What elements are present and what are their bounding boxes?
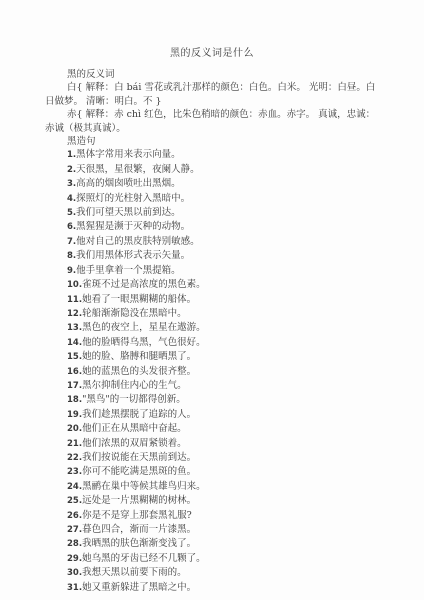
sentence-text: 黑色的夜空上，星星在遨游。 <box>82 322 206 333</box>
page-title: 黑的反义词是什么 <box>45 44 379 59</box>
sentence-item: 7.他对自己的黑皮肤特别敏感。 <box>45 235 379 249</box>
sentence-item: 28.我晒黑的肤色渐渐变浅了。 <box>45 537 379 551</box>
sentence-number: 1. <box>67 150 76 160</box>
sentence-text: 她又重新躲进了黑暗之中。 <box>82 582 196 593</box>
sentence-item: 22.我们按说能在天黑前到达。 <box>45 451 379 465</box>
sentence-text: 我想天黑以前要下雨的。 <box>82 567 187 578</box>
sentence-number: 21. <box>67 439 82 449</box>
sentence-number: 2. <box>67 165 76 175</box>
sentence-item: 30.我想天黑以前要下雨的。 <box>45 566 379 580</box>
sentence-number: 29. <box>67 554 82 564</box>
sentence-item: 5.我们可望天黑以前到达。 <box>45 206 379 220</box>
sentence-item: 6.黑猩猩是濒于灭种的动物。 <box>45 220 379 234</box>
sentence-text: 我们可望天黑以前到达。 <box>76 207 181 218</box>
sentence-text: 高高的烟囱喷吐出黑烟。 <box>76 178 181 189</box>
sentence-text: 黑鹂在巢中等候其雄鸟归来。 <box>82 481 206 492</box>
sentence-number: 27. <box>67 525 82 535</box>
sentence-item: 21.他们浓黑的双眉紧锁着。 <box>45 437 379 451</box>
sentence-item: 2.天很黑，星很繁，夜阑人静。 <box>45 163 379 177</box>
sentence-item: 1.黑体字常用来表示向量。 <box>45 148 379 162</box>
sentence-number: 20. <box>67 424 82 434</box>
sentence-text: 你是不是穿上那套黑礼服? <box>82 510 192 521</box>
sentence-number: 4. <box>67 194 76 204</box>
sentence-text: 你可不能吃满是黑斑的鱼。 <box>82 466 196 477</box>
sentence-text: 他们浓黑的双眉紧锁着。 <box>82 438 187 449</box>
sentence-text: 他们正在从黑暗中奋起。 <box>82 423 187 434</box>
definition-paragraph: 赤{ 解释：赤 chì 红色，比朱色稍暗的颜色：赤血。赤字。 真诚，忠诚：赤诚（… <box>45 108 379 135</box>
sentence-number: 7. <box>67 237 76 247</box>
sentence-item: 9.他手里拿着一个黑提箱。 <box>45 264 379 278</box>
sentence-text: 雀斑不过是高浓度的黑色素。 <box>82 279 206 290</box>
sentence-text: 她的脸、胳膊和腿晒黑了。 <box>82 351 196 362</box>
sentence-text: 探照灯的光柱射入黑暗中。 <box>76 193 190 204</box>
document-page: 黑的反义词是什么 黑的反义词 白{ 解释：白 bái 雪花或乳汁那样的颜色：白色… <box>0 0 424 600</box>
sentence-list: 1.黑体字常用来表示向量。2.天很黑，星很繁，夜阑人静。3.高高的烟囱喷吐出黑烟… <box>45 148 379 595</box>
sentence-item: 18."黑鸟"的一切都得创新。 <box>45 393 379 407</box>
sentence-number: 26. <box>67 511 82 521</box>
sentence-item: 19.我们趁黑摆脱了追踪的人。 <box>45 408 379 422</box>
sentence-text: 我们按说能在天黑前到达。 <box>82 452 196 463</box>
sentence-number: 19. <box>67 410 82 420</box>
sentence-item: 4.探照灯的光柱射入黑暗中。 <box>45 192 379 206</box>
sentence-item: 24.黑鹂在巢中等候其雄鸟归来。 <box>45 480 379 494</box>
sentence-number: 11. <box>67 295 82 305</box>
definition-list: 白{ 解释：白 bái 雪花或乳汁那样的颜色：白色。白米。 光明：白昼。白日做梦… <box>45 81 379 135</box>
sentence-item: 8.我们用黑体形式表示矢量。 <box>45 249 379 263</box>
sentence-number: 12. <box>67 309 82 319</box>
sentence-text: 黑体字常用来表示向量。 <box>76 149 181 160</box>
sentence-text: 黑猩猩是濒于灭种的动物。 <box>76 221 190 232</box>
sentence-number: 13. <box>67 323 82 333</box>
sentence-item: 20.他们正在从黑暗中奋起。 <box>45 422 379 436</box>
sentence-text: "黑鸟"的一切都得创新。 <box>82 394 186 405</box>
sentence-item: 29.她乌黑的牙齿已经不几颗了。 <box>45 552 379 566</box>
sentence-number: 14. <box>67 338 82 348</box>
sentence-number: 28. <box>67 539 82 549</box>
sentence-text: 他的脸晒得乌黑，气色很好。 <box>82 337 206 348</box>
document-body: 黑的反义词 白{ 解释：白 bái 雪花或乳汁那样的颜色：白色。白米。 光明：白… <box>45 68 379 595</box>
sentence-text: 暮色四合，渐而一片漆黑。 <box>82 524 196 535</box>
sentence-item: 15.她的脸、胳膊和腿晒黑了。 <box>45 350 379 364</box>
sentence-text: 远处是一片黑糊糊的树林。 <box>82 495 196 506</box>
sentence-text: 他手里拿着一个黑提箱。 <box>76 265 181 276</box>
sentence-number: 5. <box>67 208 76 218</box>
sentence-number: 22. <box>67 453 82 463</box>
sentence-item: 31.她又重新躲进了黑暗之中。 <box>45 581 379 595</box>
sentence-text: 天很黑，星很繁，夜阑人静。 <box>76 164 200 175</box>
sentence-text: 我们用黑体形式表示矢量。 <box>76 250 190 261</box>
sentence-number: 8. <box>67 251 76 261</box>
sentence-number: 15. <box>67 352 82 362</box>
sentence-text: 她的蓝黑色的头发很齐整。 <box>82 366 196 377</box>
sentence-text: 我晒黑的肤色渐渐变浅了。 <box>82 538 196 549</box>
sentence-item: 11.她看了一眼黑糊糊的船体。 <box>45 293 379 307</box>
sentence-item: 16.她的蓝黑色的头发很齐整。 <box>45 365 379 379</box>
sentence-number: 25. <box>67 496 82 506</box>
sentence-item: 27.暮色四合，渐而一片漆黑。 <box>45 523 379 537</box>
sentence-item: 14.他的脸晒得乌黑，气色很好。 <box>45 336 379 350</box>
sentence-number: 10. <box>67 280 82 290</box>
sentence-number: 18. <box>67 395 82 405</box>
sentence-item: 13.黑色的夜空上，星星在遨游。 <box>45 321 379 335</box>
sentence-item: 17.黑尔抑制住内心的生气。 <box>45 379 379 393</box>
sentence-item: 10.雀斑不过是高浓度的黑色素。 <box>45 278 379 292</box>
sentence-number: 3. <box>67 179 76 189</box>
sentence-item: 3.高高的烟囱喷吐出黑烟。 <box>45 177 379 191</box>
sentence-item: 26.你是不是穿上那套黑礼服? <box>45 509 379 523</box>
sentence-number: 23. <box>67 467 82 477</box>
sentence-number: 24. <box>67 482 82 492</box>
sentence-text: 黑尔抑制住内心的生气。 <box>82 380 187 391</box>
sentence-number: 17. <box>67 381 82 391</box>
definition-paragraph: 白{ 解释：白 bái 雪花或乳汁那样的颜色：白色。白米。 光明：白昼。白日做梦… <box>45 81 379 108</box>
sentence-number: 31. <box>67 583 82 593</box>
sentence-text: 我们趁黑摆脱了追踪的人。 <box>82 409 196 420</box>
sentence-text: 她看了一眼黑糊糊的船体。 <box>82 294 196 305</box>
sentence-item: 12.轮船渐渐隐没在黑暗中。 <box>45 307 379 321</box>
sentence-text: 轮船渐渐隐没在黑暗中。 <box>82 308 187 319</box>
sentence-number: 16. <box>67 367 82 377</box>
sentence-text: 他对自己的黑皮肤特别敏感。 <box>76 236 200 247</box>
antonym-section-heading: 黑的反义词 <box>45 68 379 81</box>
sentence-number: 30. <box>67 568 82 578</box>
sentence-text: 她乌黑的牙齿已经不几颗了。 <box>82 553 206 564</box>
sentence-section-heading: 黑造句 <box>45 135 379 148</box>
sentence-number: 6. <box>67 222 76 232</box>
sentence-item: 23.你可不能吃满是黑斑的鱼。 <box>45 465 379 479</box>
sentence-item: 25.远处是一片黑糊糊的树林。 <box>45 494 379 508</box>
sentence-number: 9. <box>67 266 76 276</box>
